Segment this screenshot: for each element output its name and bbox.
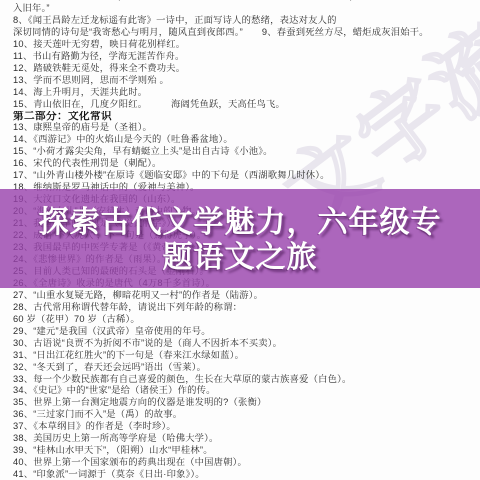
document-line: 34、《史记》中的“世家”是给（诸侯王）作的传。 [13, 385, 467, 397]
document-line: 36、“三过家门而不入”是（禹）的故事。 [13, 409, 467, 421]
document-line: 深切同情的诗句是“我寄愁心与明月，随风直到夜郎西。” 9、春蚕到死丝方尽，蜡炬成… [13, 27, 467, 39]
document-line: 41、“印象派”一词源于（莫奈《日出·印象》）。 [13, 469, 467, 480]
document-line: 31、“日出江花红胜火”的下一句是（春来江水绿如蓝）。 [13, 350, 467, 362]
document-line: 15、青山依旧在，几度夕阳红。 海阔凭鱼跃，天高任鸟飞。 [13, 99, 467, 111]
document-line: 15、“小荷才露尖尖角，早有蜻蜓立上头”是出自古诗《小池》。 [13, 146, 467, 158]
document-line: 38、美国历史上第一所高等学府是（哈佛大学）。 [13, 433, 467, 445]
section-heading: 第二部分：文化常识 [13, 111, 467, 123]
document-line: 27、“山重水复疑无路，柳暗花明又一村”的作者是（陆游）。 [13, 290, 467, 302]
banner-title-line1: 探索古代文学魅力，六年级专 [39, 205, 442, 240]
document-line: 10、接天莲叶无穷碧，映日荷花别样红。 [13, 39, 467, 51]
document-line: 17、“山外青山楼外楼”在原诗《题临安邸》中的下句是（西湖歌舞几时休）。 [13, 170, 467, 182]
document-line: 60 岁（花甲）70 岁（古稀）。 [13, 314, 467, 326]
document-line: 40、世界上第一个国家颁布的药典出现在（中国唐朝）。 [13, 457, 467, 469]
document-line: 35、世界上第一台测定地震方向的仪器是谁发明的?（张衡） [13, 397, 467, 409]
document-line: 29、“建元”是我国（汉武帝）皇帝使用的年号。 [13, 326, 467, 338]
document-line: 39、“桂林山水甲天下”，（阳朔）山水“甲桂林”。 [13, 445, 467, 457]
banner-title-line2: 题语文之旅 [163, 240, 318, 275]
document-line: 30、古语说“良贾不为折阅不市”说的是（商人不因折本不买卖）。 [13, 338, 467, 350]
document-line: 11、书山有路勤为径，学海无涯苦作舟。 [13, 51, 467, 63]
document-page: 文字流 7、《次北固山下》一诗中，描写时序交替、暗示时光流逝的句子是：“海日生残… [0, 0, 480, 480]
document-line: 14、《西游记》中的火焰山是今天的（吐鲁番盆地）。 [13, 134, 467, 146]
document-line: 入旧年。” [13, 3, 467, 15]
document-line: 33、每一个少数民族都有自己喜爱的颜色，生长在大草原的蒙古族喜爱（白色）。 [13, 374, 467, 386]
document-line: 14、海上升明月，天涯共此时。 [13, 87, 467, 99]
document-line: 28、古代常用称谓代替年龄，请说出下列年龄的称谓： [13, 302, 467, 314]
document-line: 12、踏破铁鞋无觅处，得来全不费功夫。 [13, 63, 467, 75]
title-banner: 探索古代文学魅力，六年级专 题语文之旅 [0, 189, 480, 288]
document-line: 16、宋代的代表性刑罚是（刺配）。 [13, 158, 467, 170]
document-line: 13、康熙皇帝的庙号是（圣祖）。 [13, 122, 467, 134]
document-line: 37、《本草纲目》的作者是（李时珍）。 [13, 421, 467, 433]
document-line: 8、《闻王昌龄左迁龙标遥有此寄》一诗中，正面写诗人的愁绪，表达对友人的 [13, 15, 467, 27]
document-line: 32、“冬天到了，春天还会远吗”语出（雪莱）。 [13, 362, 467, 374]
document-line: 13、学而不思则罔，思而不学则殆 。 [13, 75, 467, 87]
